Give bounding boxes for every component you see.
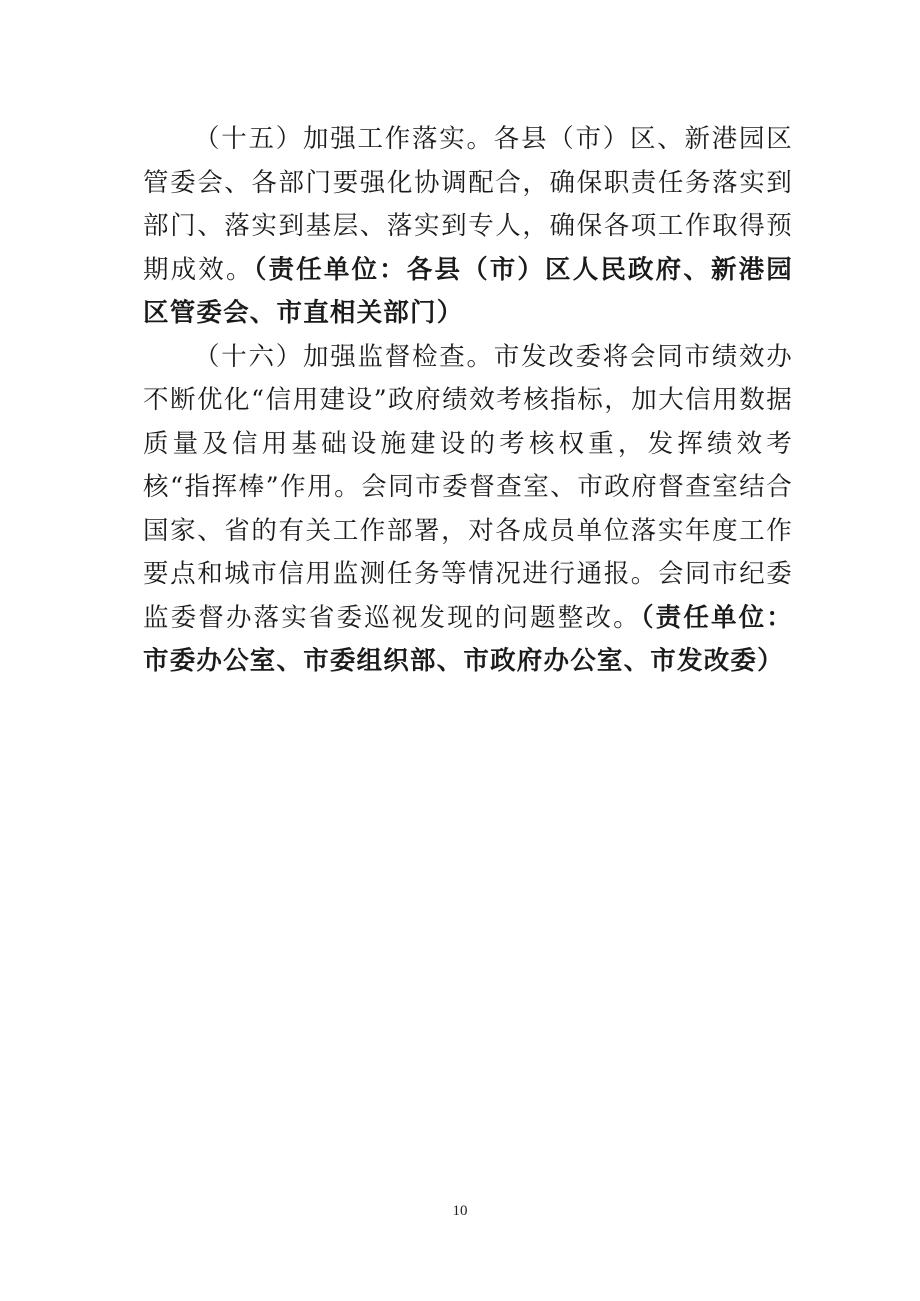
paragraph-16: （十六）加强监督检查。市发改委将会同市绩效办不断优化“信用建设”政府绩效考核指标…: [143, 336, 793, 684]
paragraph-body: 市发改委将会同市绩效办不断优化“信用建设”政府绩效考核指标，加大信用数据质量及信…: [143, 342, 793, 633]
paragraph-heading: 加强工作落实。: [303, 124, 494, 154]
paragraph-15: （十五）加强工作落实。各县（市）区、新港园区管委会、各部门要强化协调配合，确保职…: [143, 118, 793, 336]
paragraph-number: （十五）: [194, 124, 303, 154]
paragraph-number: （十六）: [194, 342, 303, 372]
document-body: （十五）加强工作落实。各县（市）区、新港园区管委会、各部门要强化协调配合，确保职…: [143, 118, 793, 684]
page-number: 10: [0, 1203, 920, 1220]
paragraph-heading: 加强监督检查。: [303, 342, 494, 372]
